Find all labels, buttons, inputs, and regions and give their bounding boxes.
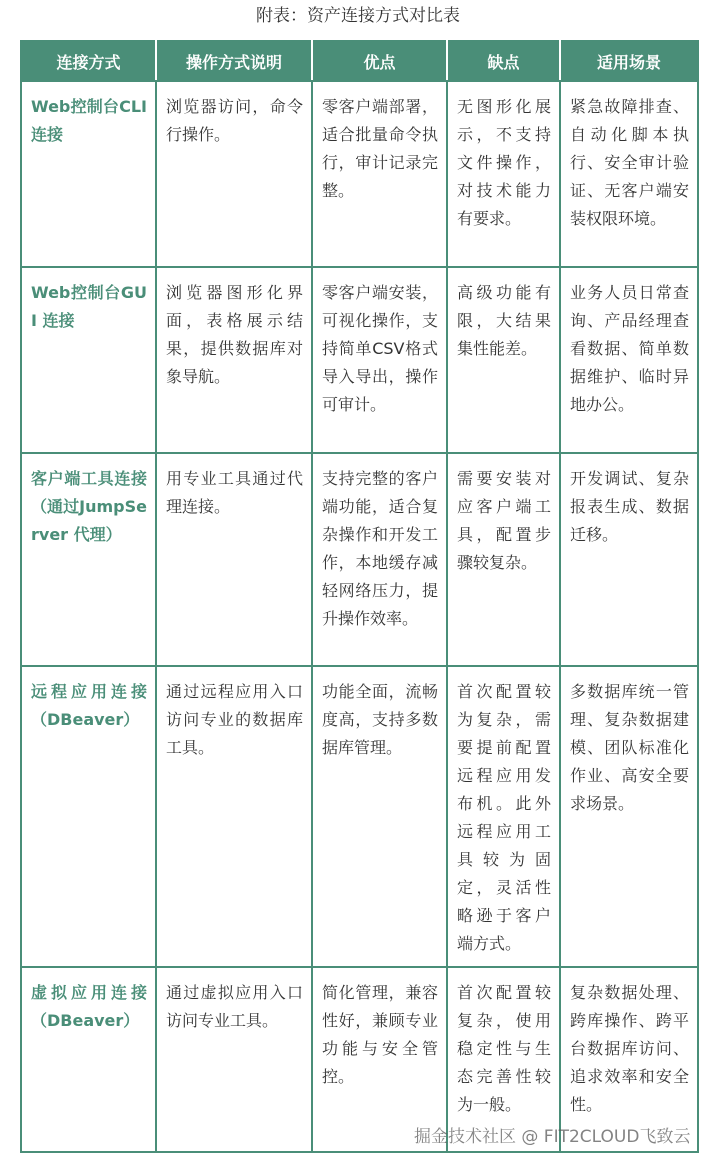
- cell-pros: 零客户端部署，适合批量命令执行，审计记录完整。: [312, 81, 447, 267]
- cell-scenarios: 开发调试、复杂报表生成、数据迁移。: [560, 453, 698, 666]
- cell-pros: 支持完整的客户端功能，适合复杂操作和开发工作，本地缓存减轻网络压力，提升操作效率…: [312, 453, 447, 666]
- cell-connection-method: Web控制台GUI 连接: [21, 267, 156, 453]
- cell-connection-method: Web控制台CLI连接: [21, 81, 156, 267]
- table-row: Web控制台GUI 连接 浏览器图形化界面，表格展示结果，提供数据库对象导航。 …: [21, 267, 698, 453]
- comparison-table: 连接方式 操作方式说明 优点 缺点 适用场景 Web控制台CLI连接 浏览器访问…: [20, 40, 699, 1153]
- cell-pros: 功能全面，流畅度高，支持多数据库管理。: [312, 666, 447, 967]
- cell-connection-method: 远程应用连接（DBeaver）: [21, 666, 156, 967]
- cell-description: 通过虚拟应用入口访问专业工具。: [156, 967, 312, 1152]
- table-row: Web控制台CLI连接 浏览器访问，命令行操作。 零客户端部署，适合批量命令执行…: [21, 81, 698, 267]
- header-pros: 优点: [312, 41, 447, 81]
- cell-description: 浏览器图形化界面，表格展示结果，提供数据库对象导航。: [156, 267, 312, 453]
- header-connection-method: 连接方式: [21, 41, 156, 81]
- header-cons: 缺点: [447, 41, 560, 81]
- cell-cons: 无图形化展示，不支持文件操作，对技术能力有要求。: [447, 81, 560, 267]
- table-row: 远程应用连接（DBeaver） 通过远程应用入口访问专业的数据库工具。 功能全面…: [21, 666, 698, 967]
- cell-pros: 零客户端安装，可视化操作，支持简单CSV格式导入导出，操作可审计。: [312, 267, 447, 453]
- cell-cons: 高级功能有限，大结果集性能差。: [447, 267, 560, 453]
- header-operation-description: 操作方式说明: [156, 41, 312, 81]
- header-row: 连接方式 操作方式说明 优点 缺点 适用场景: [21, 41, 698, 81]
- cell-scenarios: 多数据库统一管理、复杂数据建模、团队标准化作业、高安全要求场景。: [560, 666, 698, 967]
- cell-connection-method: 虚拟应用连接（DBeaver）: [21, 967, 156, 1152]
- cell-description: 浏览器访问，命令行操作。: [156, 81, 312, 267]
- watermark: 掘金技术社区 @ FIT2CLOUD飞致云: [414, 1122, 690, 1147]
- cell-scenarios: 业务人员日常查询、产品经理查看数据、简单数据维护、临时异地办公。: [560, 267, 698, 453]
- cell-cons: 首次配置较为复杂，需要提前配置远程应用发布机。此外远程应用工具较为固定，灵活性略…: [447, 666, 560, 967]
- cell-description: 用专业工具通过代理连接。: [156, 453, 312, 666]
- table-row: 客户端工具连接（通过JumpServer 代理） 用专业工具通过代理连接。 支持…: [21, 453, 698, 666]
- cell-description: 通过远程应用入口访问专业的数据库工具。: [156, 666, 312, 967]
- table-caption: 附表：资产连接方式对比表: [0, 4, 716, 28]
- header-scenarios: 适用场景: [560, 41, 698, 81]
- cell-connection-method: 客户端工具连接（通过JumpServer 代理）: [21, 453, 156, 666]
- cell-scenarios: 紧急故障排查、自动化脚本执行、安全审计验证、无客户端安装权限环境。: [560, 81, 698, 267]
- cell-cons: 需要安装对应客户端工具，配置步骤较复杂。: [447, 453, 560, 666]
